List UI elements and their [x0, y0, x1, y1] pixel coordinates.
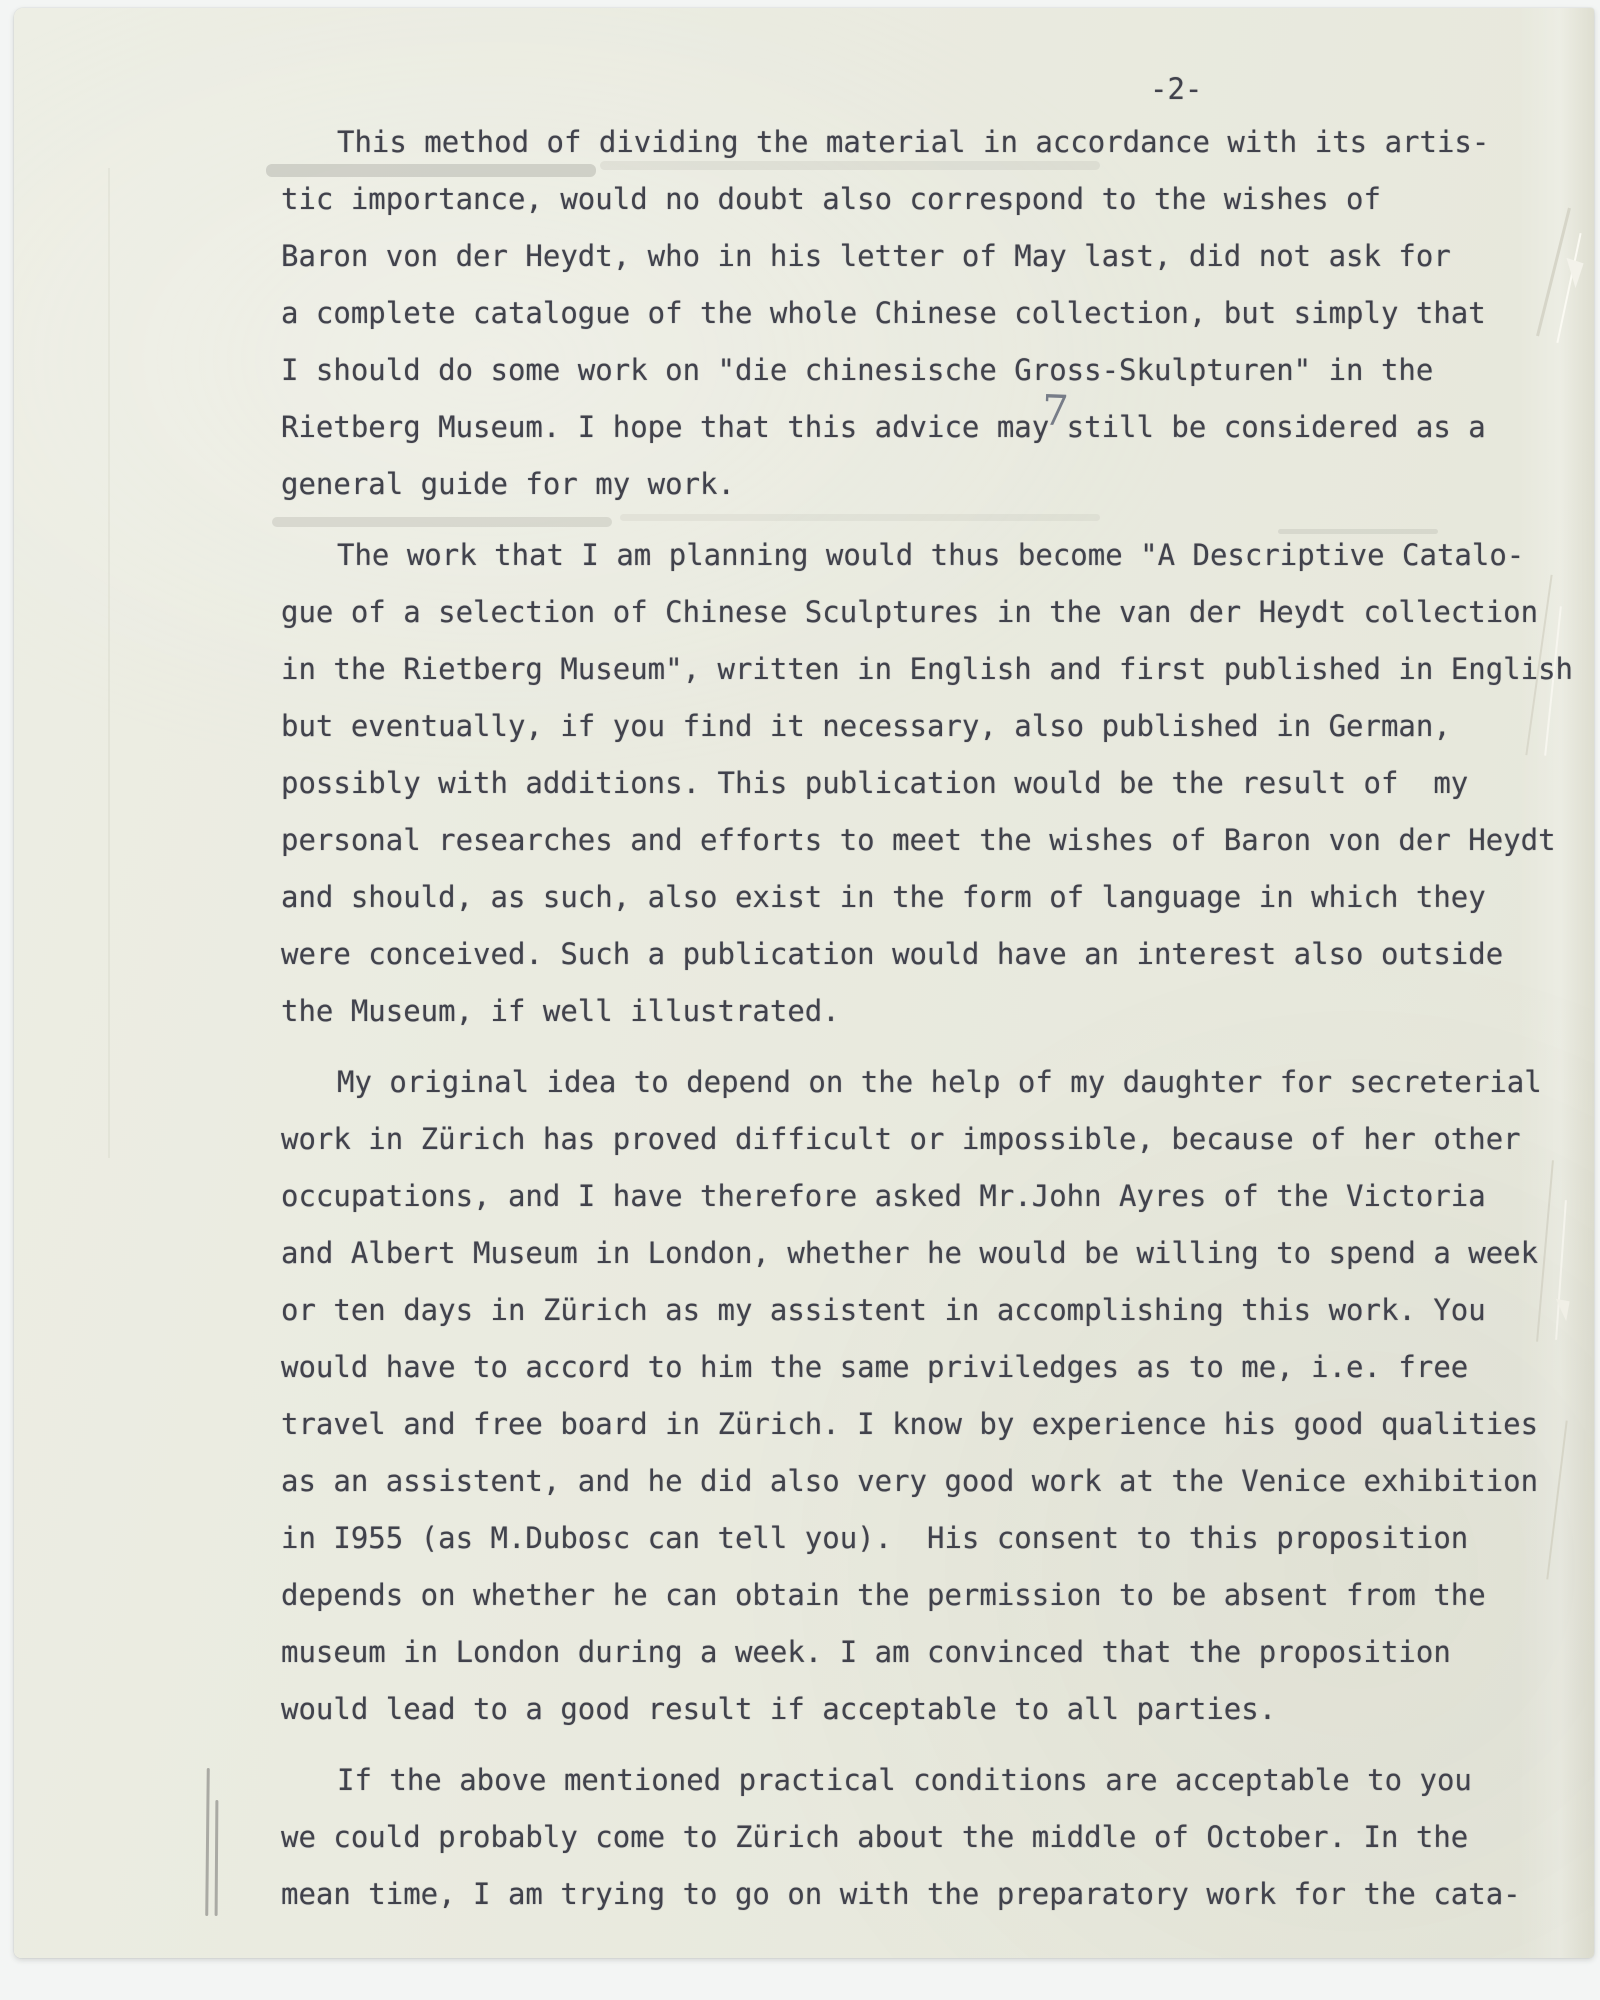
text-line: My original idea to depend on the help o… [281, 1054, 1591, 1111]
text-line: a complete catalogue of the whole Chines… [281, 285, 1591, 342]
text-line: I should do some work on "die chinesisch… [281, 342, 1591, 399]
text-line: would have to accord to him the same pri… [281, 1339, 1591, 1396]
text-line: occupations, and I have therefore asked … [281, 1168, 1591, 1225]
text-line: tic importance, would no doubt also corr… [281, 171, 1591, 228]
text-line: were conceived. Such a publication would… [281, 926, 1591, 983]
text-line: The work that I am planning would thus b… [281, 527, 1591, 584]
text-line: we could probably come to Zürich about t… [281, 1809, 1591, 1866]
text-line: museum in London during a week. I am con… [281, 1624, 1591, 1681]
letter-body: This method of dividing the material in … [281, 114, 1591, 1937]
paragraph-3: My original idea to depend on the help o… [281, 1054, 1591, 1738]
text-line: possibly with additions. This publicatio… [281, 755, 1591, 812]
text-line: If the above mentioned practical conditi… [281, 1752, 1591, 1809]
paragraph-2: The work that I am planning would thus b… [281, 527, 1591, 1040]
text-line: but eventually, if you find it necessary… [281, 698, 1591, 755]
text-line: work in Zürich has proved difficult or i… [281, 1111, 1591, 1168]
text-line: travel and free board in Zürich. I know … [281, 1396, 1591, 1453]
text-line: Baron von der Heydt, who in his letter o… [281, 228, 1591, 285]
text-line: Rietberg Museum. I hope that this advice… [281, 399, 1591, 456]
text-line: or ten days in Zürich as my assistent in… [281, 1282, 1591, 1339]
paragraph-1: This method of dividing the material in … [281, 114, 1591, 513]
text-line: personal researches and efforts to meet … [281, 812, 1591, 869]
text-line: and should, as such, also exist in the f… [281, 869, 1591, 926]
text-line: mean time, I am trying to go on with the… [281, 1866, 1591, 1923]
scanned-letter-page: -2- This method of dividing the material… [0, 0, 1600, 2000]
text-line: as an assistent, and he did also very go… [281, 1453, 1591, 1510]
page-number: -2- [1150, 72, 1202, 106]
text-line: in the Rietberg Museum", written in Engl… [281, 641, 1591, 698]
text-line: depends on whether he can obtain the per… [281, 1567, 1591, 1624]
text-line: general guide for my work. [281, 456, 1591, 513]
text-line: in I955 (as M.Dubosc can tell you). His … [281, 1510, 1591, 1567]
left-margin-crease [108, 168, 110, 1158]
handwritten-insertion-mark: 7 [1041, 390, 1069, 433]
text-line: and Albert Museum in London, whether he … [281, 1225, 1591, 1282]
text-line: would lead to a good result if acceptabl… [281, 1681, 1591, 1738]
text-line: This method of dividing the material in … [281, 114, 1591, 171]
text-line: gue of a selection of Chinese Sculptures… [281, 584, 1591, 641]
paragraph-4: If the above mentioned practical conditi… [281, 1752, 1591, 1923]
text-line: the Museum, if well illustrated. [281, 983, 1591, 1040]
